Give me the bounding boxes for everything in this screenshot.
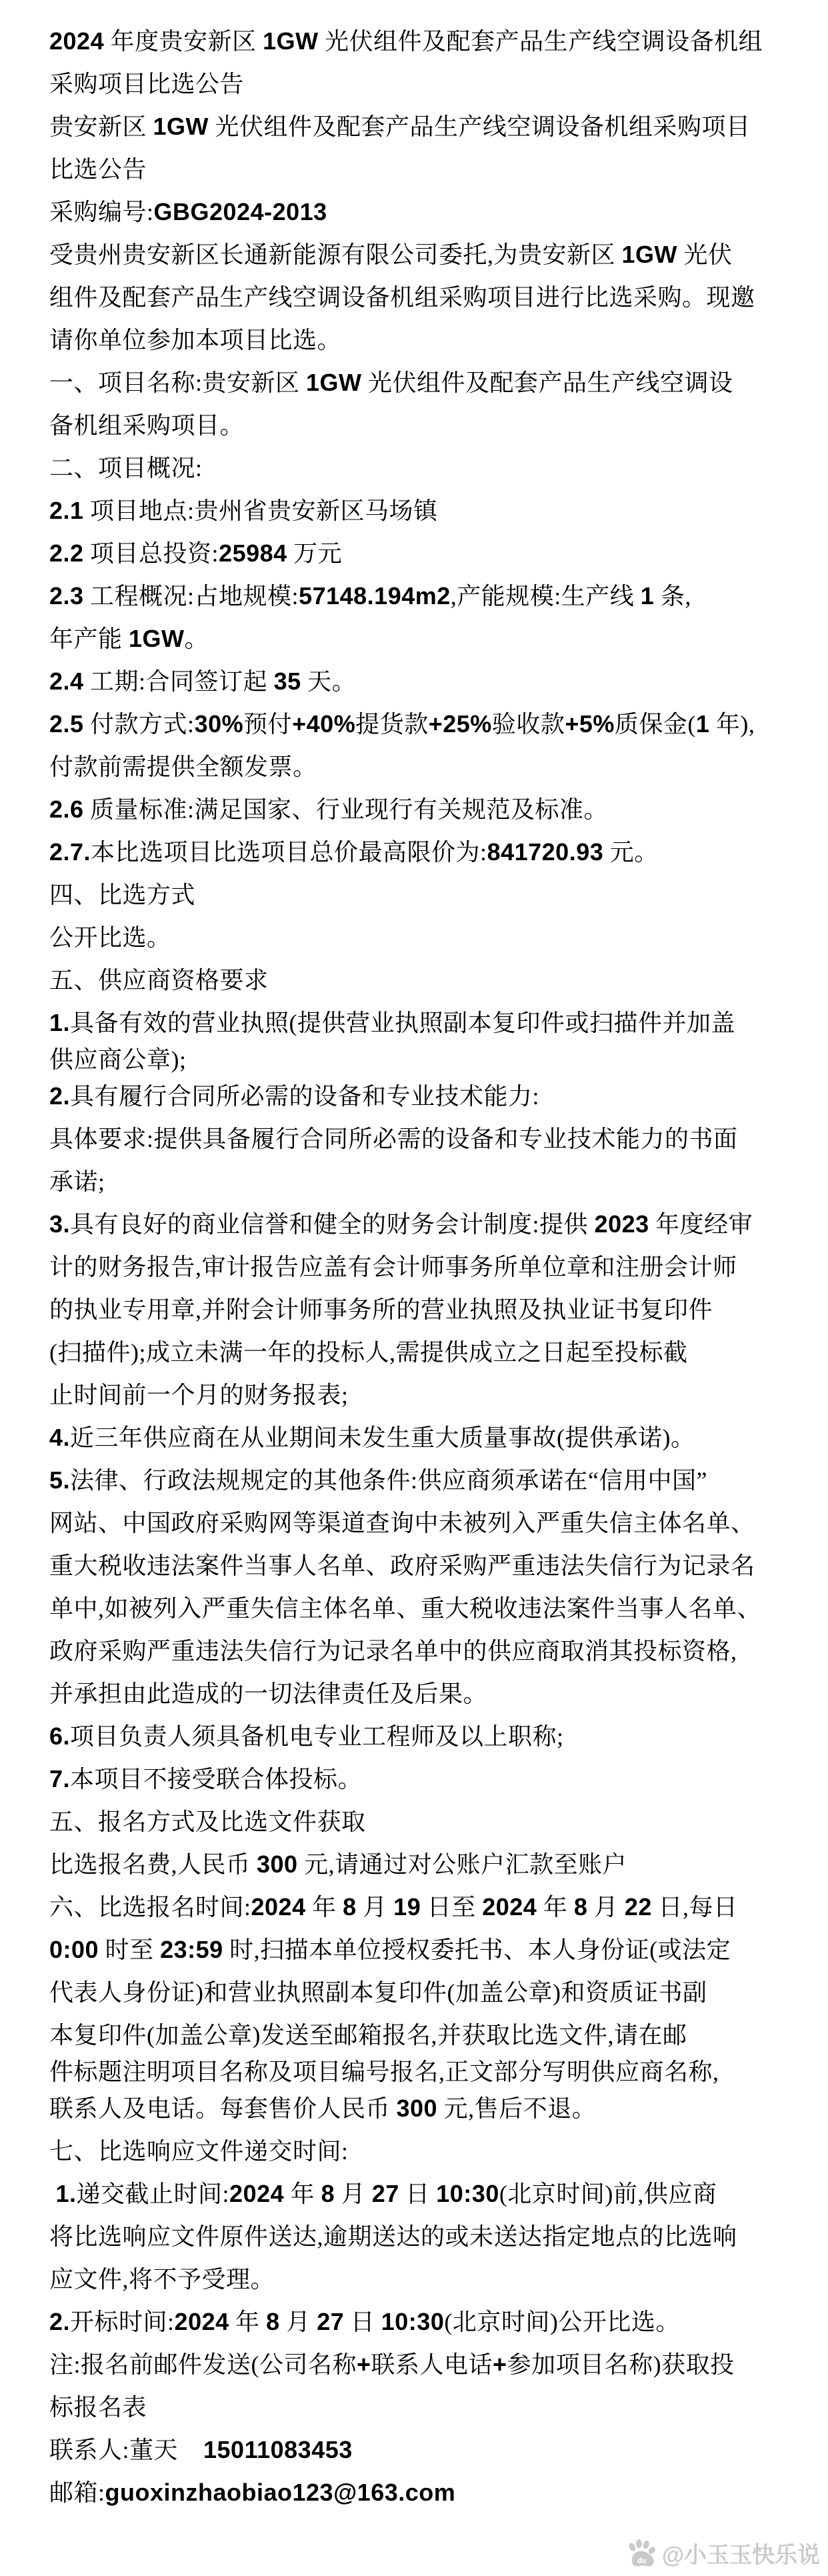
text-line: 2.具有履行合同所必需的设备和专业技术能力: (49, 1075, 796, 1118)
text-line: 7.本项目不接受联合体投标。 (49, 1758, 796, 1800)
text-line: 重大税收违法案件当事人名单、政府采购严重违法失信行为记录名 (49, 1544, 796, 1587)
latin-run: 2.7. (49, 838, 91, 866)
qualification-3: 3.具有良好的商业信誉和健全的财务会计制度:提供 2023 年度经审计的财务报告… (49, 1203, 796, 1416)
latin-run: 3. (49, 1210, 70, 1238)
qualification-7: 7.本项目不接受联合体投标。 (49, 1758, 796, 1800)
intro: 受贵州贵安新区长通新能源有限公司委托,为贵安新区 1GW 光伏组件及配套产品生产… (49, 233, 796, 361)
latin-run: 1 (641, 582, 655, 609)
text-line: 采购项目比选公告 (49, 63, 796, 105)
qualification-6: 6.项目负责人须具备机电专业工程师及以上职称; (49, 1715, 796, 1758)
text-line: 计的财务报告,审计报告应盖有会计师事务所单位章和注册会计师 (49, 1246, 796, 1288)
item-2-3-scope: 2.3 工程概况:占地规模:57148.194m2,产能规模:生产线 1 条,年… (49, 575, 796, 660)
latin-run: 4. (49, 1424, 70, 1451)
latin-run: 8 (266, 2308, 280, 2335)
text-line: 联系人:董天 15011083453 (49, 2429, 796, 2471)
procurement-number: 采购编号:GBG2024-2013 (49, 191, 796, 233)
text-line: (扫描件);成立未满一年的投标人,需提供成立之日起至投标截 (49, 1331, 796, 1374)
text-line: 承诺; (49, 1160, 796, 1203)
latin-run: 2.4 (49, 668, 84, 695)
latin-run: 2024 (482, 1893, 537, 1920)
latin-run: 2024 (49, 27, 104, 55)
text-line: 采购编号:GBG2024-2013 (49, 191, 796, 233)
item-2-7-price-cap: 2.7.本比选项目比选项目总价最高限价为:841720.93 元。 (49, 831, 796, 874)
latin-run: 10:30 (381, 2308, 445, 2335)
latin-run: 300 (397, 2095, 438, 2122)
text-line: 受贵州贵安新区长通新能源有限公司委托,为贵安新区 1GW 光伏 (49, 233, 796, 276)
latin-run: 2024 (175, 2308, 229, 2335)
item-2-4-duration: 2.4 工期:合同签订起 35 天。 (49, 660, 796, 703)
latin-run: 7. (49, 1765, 70, 1792)
text-line: 邮箱:guoxinzhaobiao123@163.com (49, 2471, 796, 2514)
latin-run: 841720.93 (487, 838, 604, 866)
text-line: 注:报名前邮件发送(公司名称+联系人电话+参加项目名称)获取投 (49, 2343, 796, 2386)
text-line: 五、供应商资格要求 (49, 959, 796, 1002)
text-line: 2.2 项目总投资:25984 万元 (49, 532, 796, 575)
latin-run: 10:30 (436, 2180, 499, 2207)
text-line: 标报名表 (49, 2386, 796, 2429)
text-line: 比选报名费,人民币 300 元,请通过对公账户汇款至账户 (49, 1843, 796, 1886)
text-line: 四、比选方式 (49, 874, 796, 916)
latin-run: 1GW (263, 27, 319, 55)
latin-run: 1. (56, 2180, 77, 2207)
latin-run: GBG2024-2013 (154, 198, 327, 225)
section-7-heading: 七、比选响应文件递交时间: (49, 2130, 796, 2173)
latin-run: 27 (317, 2308, 344, 2335)
latin-run: 1 (696, 710, 710, 738)
text-line: 网站、中国政府采购网等渠道查询中未被列入严重失信主体名单、 (49, 1502, 796, 1544)
latin-run: 5. (49, 1466, 70, 1494)
latin-run: 2024 (251, 1893, 306, 1920)
latin-run: 2.3 (49, 582, 84, 609)
latin-run: + (357, 2351, 371, 2378)
text-line: 5.法律、行政法规规定的其他条件:供应商须承诺在“信用中国” (49, 1459, 796, 1502)
section-2-heading: 二、项目概况: (49, 447, 796, 489)
latin-run: guoxinzhaobiao123@163.com (105, 2479, 456, 2506)
text-line: 付款前需提供全额发票。 (49, 746, 796, 788)
text-line: 联系人及电话。每套售价人民币 300 元,售后不退。 (49, 2087, 796, 2130)
baidu-paw-icon: du (626, 2539, 657, 2568)
text-line: 年产能 1GW。 (49, 617, 796, 660)
text-line: 2024 年度贵安新区 1GW 光伏组件及配套产品生产线空调设备机组 (49, 20, 796, 63)
text-line: 请你单位参加本项目比选。 (49, 319, 796, 361)
contact-email: 邮箱:guoxinzhaobiao123@163.com (49, 2471, 796, 2514)
text-line: 2.5 付款方式:30%预付+40%提货款+25%验收款+5%质保金(1 年), (49, 703, 796, 746)
note: 注:报名前邮件发送(公司名称+联系人电话+参加项目名称)获取投标报名表 (49, 2343, 796, 2429)
latin-run: +25% (429, 710, 492, 738)
svg-text:du: du (637, 2557, 646, 2565)
section-1-project-name: 一、项目名称:贵安新区 1GW 光伏组件及配套产品生产线空调设备机组采购项目。 (49, 361, 796, 447)
text-line: 1.递交截止时间:2024 年 8 月 27 日 10:30(北京时间)前,供应… (49, 2173, 796, 2215)
text-line: 2.6 质量标准:满足国家、行业现行有关规范及标准。 (49, 788, 796, 831)
text-line: 将比选响应文件原件送达,逾期送达的或未送达指定地点的比选响 (49, 2215, 796, 2258)
text-line: 组件及配套产品生产线空调设备机组采购项目进行比选采购。现邀 (49, 276, 796, 319)
qualification-4: 4.近三年供应商在从业期间未发生重大质量事故(提供承诺)。 (49, 1416, 796, 1459)
text-line: 代表人身份证)和营业执照副本复印件(加盖公章)和资质证书副 (49, 1971, 796, 2014)
watermark-handle: @小玉玉快乐说 (662, 2537, 820, 2569)
latin-run: 23:59 (160, 1936, 223, 1963)
text-line: 公开比选。 (49, 916, 796, 959)
text-line: 2.开标时间:2024 年 8 月 27 日 10:30(北京时间)公开比选。 (49, 2301, 796, 2343)
text-line: 件标题注明项目名称及项目编号报名,正文部分写明供应商名称, (49, 2057, 796, 2087)
text-line: 比选公告 (49, 148, 796, 191)
latin-run: 2.1 (49, 497, 84, 524)
document-body: 2024 年度贵安新区 1GW 光伏组件及配套产品生产线空调设备机组采购项目比选… (49, 20, 796, 2514)
text-line: 的执业专用章,并附会计师事务所的营业执照及执业证书复印件 (49, 1288, 796, 1331)
text-line: 应文件,将不予受理。 (49, 2258, 796, 2301)
text-line: 2.3 工程概况:占地规模:57148.194m2,产能规模:生产线 1 条, (49, 575, 796, 617)
text-line: 二、项目概况: (49, 447, 796, 489)
text-line: 止时间前一个月的财务报表; (49, 1374, 796, 1416)
latin-run: 8 (321, 2180, 335, 2207)
text-line: 1.具备有效的营业执照(提供营业执照副本复印件或扫描件并加盖 (49, 1002, 796, 1044)
latin-run: 30% (195, 710, 244, 738)
text-line: 0:00 时至 23:59 时,扫描本单位授权委托书、本人身份证(或法定 (49, 1928, 796, 1971)
qualification-1: 1.具备有效的营业执照(提供营业执照副本复印件或扫描件并加盖供应商公章); (49, 1002, 796, 1075)
text-line: 一、项目名称:贵安新区 1GW 光伏组件及配套产品生产线空调设 (49, 361, 796, 404)
text-line: 6.项目负责人须具备机电专业工程师及以上职称; (49, 1715, 796, 1758)
latin-run: 8 (343, 1893, 357, 1920)
text-line: 2.1 项目地点:贵州省贵安新区马场镇 (49, 489, 796, 532)
text-line: 七、比选响应文件递交时间: (49, 2130, 796, 2173)
latin-run: 2. (49, 2308, 70, 2335)
text-line: 2.4 工期:合同签订起 35 天。 (49, 660, 796, 703)
latin-run: + (493, 2351, 507, 2378)
latin-run: 300 (257, 1850, 298, 1878)
contact-person: 联系人:董天 15011083453 (49, 2429, 796, 2471)
latin-run: +5% (565, 710, 615, 738)
qualification-2: 2.具有履行合同所必需的设备和专业技术能力: (49, 1075, 796, 1118)
text-line: 4.近三年供应商在从业期间未发生重大质量事故(提供承诺)。 (49, 1416, 796, 1459)
registration-fee: 比选报名费,人民币 300 元,请通过对公账户汇款至账户 (49, 1843, 796, 1886)
text-line: 备机组采购项目。 (49, 404, 796, 447)
latin-run: 57148.194m2 (299, 582, 451, 609)
qualification-2-detail: 具体要求:提供具备履行合同所必需的设备和专业技术能力的书面承诺; (49, 1118, 796, 1203)
latin-run: +40% (292, 710, 355, 738)
item-2-6-quality: 2.6 质量标准:满足国家、行业现行有关规范及标准。 (49, 788, 796, 831)
latin-run: 2024 (229, 2180, 284, 2207)
latin-run: 2. (49, 1082, 70, 1110)
latin-run: 1GW (306, 369, 362, 396)
latin-run: 2.6 (49, 796, 84, 823)
latin-run: 2023 (595, 1210, 649, 1238)
text-line: 具体要求:提供具备履行合同所必需的设备和专业技术能力的书面 (49, 1118, 796, 1160)
section-6-registration-time: 六、比选报名时间:2024 年 8 月 19 日至 2024 年 8 月 22 … (49, 1886, 796, 2130)
latin-run: 1. (49, 1009, 70, 1036)
text-line: 2.7.本比选项目比选项目总价最高限价为:841720.93 元。 (49, 831, 796, 874)
latin-run: 1GW (622, 241, 678, 268)
text-line: 六、比选报名时间:2024 年 8 月 19 日至 2024 年 8 月 22 … (49, 1886, 796, 1928)
text-line: 本复印件(加盖公章)发送至邮箱报名,并获取比选文件,请在邮 (49, 2014, 796, 2057)
item-2-2-investment: 2.2 项目总投资:25984 万元 (49, 532, 796, 575)
text-line: 并承担由此造成的一切法律责任及后果。 (49, 1672, 796, 1715)
bid-opening-time: 2.开标时间:2024 年 8 月 27 日 10:30(北京时间)公开比选。 (49, 2301, 796, 2343)
latin-run: 2.5 (49, 710, 84, 738)
text-line: 供应商公章); (49, 1044, 796, 1075)
text-line: 单中,如被列入严重失信主体名单、重大税收违法案件当事人名单、 (49, 1587, 796, 1630)
item-2-5-payment: 2.5 付款方式:30%预付+40%提货款+25%验收款+5%质保金(1 年),… (49, 703, 796, 788)
latin-run: 15011083453 (203, 2436, 353, 2463)
latin-run: 6. (49, 1722, 70, 1750)
section-4-heading: 四、比选方式 (49, 874, 796, 916)
latin-run: 22 (625, 1893, 652, 1920)
qualification-5: 5.法律、行政法规规定的其他条件:供应商须承诺在“信用中国”网站、中国政府采购网… (49, 1459, 796, 1715)
text-line: 五、报名方式及比选文件获取 (49, 1800, 796, 1843)
latin-run: 19 (393, 1893, 421, 1920)
section-5-heading: 五、供应商资格要求 (49, 959, 796, 1002)
watermark: du @小玉玉快乐说 (626, 2537, 820, 2569)
latin-run: 35 (274, 668, 301, 695)
document-page: 2024 年度贵安新区 1GW 光伏组件及配套产品生产线空调设备机组采购项目比选… (0, 0, 828, 2576)
announcement-title: 2024 年度贵安新区 1GW 光伏组件及配套产品生产线空调设备机组采购项目比选… (49, 20, 796, 105)
text-line: 3.具有良好的商业信誉和健全的财务会计制度:提供 2023 年度经审 (49, 1203, 796, 1246)
latin-run: 1GW (129, 625, 185, 652)
latin-run: 27 (372, 2180, 399, 2207)
announcement-subtitle: 贵安新区 1GW 光伏组件及配套产品生产线空调设备机组采购项目比选公告 (49, 105, 796, 191)
section-4-method: 公开比选。 (49, 916, 796, 959)
latin-run: 0:00 (49, 1936, 99, 1963)
text-line: 政府采购严重违法失信行为记录名单中的供应商取消其投标资格, (49, 1630, 796, 1672)
item-2-1-location: 2.1 项目地点:贵州省贵安新区马场镇 (49, 489, 796, 532)
text-line: 贵安新区 1GW 光伏组件及配套产品生产线空调设备机组采购项目 (49, 105, 796, 148)
section-5b-heading: 五、报名方式及比选文件获取 (49, 1800, 796, 1843)
latin-run: 2.2 (49, 539, 84, 567)
latin-run: 25984 (219, 539, 287, 567)
latin-run: 8 (574, 1893, 588, 1920)
submission-deadline: 1.递交截止时间:2024 年 8 月 27 日 10:30(北京时间)前,供应… (49, 2173, 796, 2301)
latin-run: 1GW (153, 113, 209, 140)
